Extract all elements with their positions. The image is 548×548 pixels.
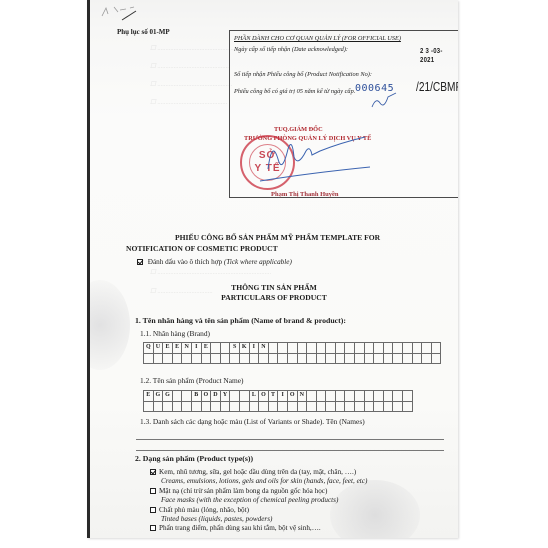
grid-cell[interactable] [220,401,230,412]
grid-cell[interactable] [364,353,374,364]
grid-cell[interactable] [307,391,317,402]
grid-cell[interactable] [355,343,365,354]
option-label-vi: Mặt nạ (chỉ trừ sản phẩm làm bong da ngu… [159,487,327,495]
validity-note: Phiếu công bố có giá trị 05 năm kể từ ng… [234,88,355,95]
tick-instruction: Đánh dấu vào ô thích hợp (Tick where app… [137,258,292,266]
tick-instruction-vi: Đánh dấu vào ô thích hợp [148,258,222,266]
grid-cell[interactable]: O [201,391,211,402]
grid-cell[interactable] [326,391,336,402]
grid-cell[interactable] [345,391,355,402]
option-label-en: Face masks (with the exception of chemic… [161,496,338,504]
brand-label: 1.1. Nhãn hàng (Brand) [140,329,210,338]
grid-cell[interactable]: I [191,343,201,354]
grid-cell[interactable] [364,343,374,354]
grid-cell[interactable] [307,401,317,412]
grid-cell[interactable] [374,343,384,354]
grid-cell[interactable]: L [249,391,259,402]
option-label-en: Tinted bases (liquids, pastes, powders) [161,515,272,523]
grid-cell[interactable] [422,353,432,364]
product-info-heading-en: PARTICULARS OF PRODUCT [90,293,458,302]
grid-cell[interactable]: E [144,391,154,402]
grid-cell[interactable] [201,401,211,412]
section1-heading: 1. Tên nhãn hàng và tên sản phẩm (Name o… [135,316,346,325]
grid-cell[interactable] [335,391,345,402]
grid-cell[interactable]: G [153,391,163,402]
checkbox-unchecked-icon[interactable] [150,507,156,513]
signer-name: Phạm Thị Thanh Huyền [271,191,339,198]
grid-cell[interactable] [326,343,336,354]
grid-cell[interactable] [431,343,441,354]
grid-cell[interactable] [144,353,154,364]
appendix-label: Phụ lục số 01-MP [117,28,170,36]
notification-number-label: Số tiếp nhận Phiếu công bố (Product Noti… [234,71,372,78]
grid-cell[interactable] [249,401,259,412]
brand-grid-row [144,353,441,364]
grid-cell[interactable] [163,401,173,412]
grid-cell[interactable]: G [163,391,173,402]
grid-cell[interactable] [239,401,249,412]
grid-cell[interactable] [403,343,413,354]
grid-cell[interactable]: E [172,343,182,354]
grid-cell[interactable]: D [211,391,221,402]
checkbox-checked-icon[interactable] [150,469,156,475]
grid-cell[interactable]: Q [144,343,154,354]
grid-cell[interactable]: U [153,343,163,354]
initials-signature-icon [370,91,400,111]
notification-number-suffix: /21/CBMP- [416,79,458,94]
grid-cell[interactable] [364,391,374,402]
document-page: ☐ ......................................… [87,0,458,538]
option-label-vi: Chất phủ màu (lỏng, nhão, bột) [159,506,249,514]
grid-cell[interactable]: I [249,343,259,354]
grid-cell[interactable] [316,343,326,354]
grid-cell[interactable] [335,353,345,364]
signature-icon [250,129,380,189]
grid-cell[interactable] [278,343,288,354]
grid-cell[interactable] [287,401,297,412]
grid-cell[interactable] [220,343,230,354]
grid-cell[interactable] [297,353,307,364]
product-name-label: 1.2. Tên sản phẩm (Product Name) [140,376,244,385]
grid-cell[interactable] [191,353,201,364]
grid-cell[interactable] [259,353,269,364]
grid-cell[interactable]: S [230,343,240,354]
grid-cell[interactable] [172,353,182,364]
grid-cell[interactable] [230,353,240,364]
grid-cell[interactable] [268,353,278,364]
grid-cell[interactable] [383,343,393,354]
tick-instruction-en: (Tick where applicable) [224,258,292,266]
grid-cell[interactable] [412,353,422,364]
grid-cell[interactable] [393,343,403,354]
grid-cell[interactable]: B [191,391,201,402]
grid-cell[interactable] [230,401,240,412]
variants-line-1[interactable] [136,439,444,440]
variants-label: 1.3. Danh sách các dạng hoặc màu (List o… [140,417,365,426]
grid-cell[interactable] [374,391,384,402]
document-title-line1: PHIẾU CÔNG BỐ SẢN PHẨM MỸ PHẨM TEMPLATE … [175,233,380,242]
grid-cell[interactable] [307,343,317,354]
grid-cell[interactable] [412,343,422,354]
grid-cell[interactable] [182,401,192,412]
bleed-through-text: ☐ ......................................… [150,44,240,53]
grid-cell[interactable] [345,401,355,412]
option-label-en: Creams, emulsions, lotions, gels and oil… [161,477,367,485]
grid-cell[interactable] [211,353,221,364]
checkbox-unchecked-icon[interactable] [150,488,156,494]
grid-cell[interactable] [153,353,163,364]
grid-cell[interactable] [239,391,249,402]
brand-grid-row: QUEENIESKIN [144,343,441,354]
grid-cell[interactable] [364,401,374,412]
product-grid-row: EGGBODYLOTION [144,391,413,402]
grid-cell[interactable]: N [259,343,269,354]
grid-cell[interactable] [403,391,413,402]
checkbox-unchecked-icon[interactable] [150,525,156,531]
product-type-option-2[interactable]: Mặt nạ (chỉ trừ sản phẩm làm bong da ngu… [150,487,327,495]
grid-cell[interactable] [278,401,288,412]
grid-cell[interactable] [393,353,403,364]
grid-cell[interactable] [316,401,326,412]
grid-cell[interactable] [316,353,326,364]
official-use-title: PHẦN DÀNH CHO CƠ QUAN QUẢN LÝ (FOR OFFIC… [234,35,401,42]
option-label-vi: Phấn trang điểm, phấn dùng sau khi tắm, … [159,524,321,532]
grid-cell[interactable] [153,401,163,412]
grid-cell[interactable] [355,391,365,402]
grid-cell[interactable] [239,353,249,364]
grid-cell[interactable] [182,391,192,402]
grid-cell[interactable]: E [163,343,173,354]
grid-cell[interactable] [278,353,288,364]
grid-cell[interactable] [422,343,432,354]
grid-cell[interactable] [403,401,413,412]
grid-cell[interactable] [163,353,173,364]
checkbox-checked-icon [137,259,143,265]
grid-cell[interactable] [355,353,365,364]
grid-cell[interactable] [268,401,278,412]
grid-cell[interactable] [326,401,336,412]
pen-scribble-icon [100,4,150,24]
variants-line-2[interactable] [136,450,444,451]
grid-cell[interactable] [326,353,336,364]
product-type-option-1[interactable]: Kem, nhũ tương, sữa, gel hoặc dầu dùng t… [150,468,356,476]
product-type-option-3[interactable]: Chất phủ màu (lỏng, nhão, bột) [150,506,249,514]
grid-cell[interactable] [383,353,393,364]
grid-cell[interactable] [211,343,221,354]
grid-cell[interactable] [431,353,441,364]
grid-cell[interactable] [287,343,297,354]
grid-cell[interactable] [297,401,307,412]
grid-cell[interactable] [345,343,355,354]
grid-cell[interactable] [268,343,278,354]
grid-cell[interactable] [307,353,317,364]
grid-cell[interactable]: Y [220,391,230,402]
grid-cell[interactable] [393,401,403,412]
grid-cell[interactable]: I [278,391,288,402]
document-title-line2: NOTIFICATION OF COSMETIC PRODUCT [126,244,278,253]
date-acknowledged-label: Ngày cấp số tiếp nhận (Date acknowledged… [234,46,348,53]
bleed-through-text: ☐ ......................................… [150,80,232,89]
grid-cell[interactable] [374,353,384,364]
grid-cell[interactable] [220,353,230,364]
bleed-through-text: ☐ ......................................… [150,62,229,71]
grid-cell[interactable] [335,343,345,354]
grid-cell[interactable]: E [201,343,211,354]
grid-cell[interactable] [191,401,201,412]
grid-cell[interactable] [335,401,345,412]
official-use-box: PHẦN DÀNH CHO CƠ QUAN QUẢN LÝ (FOR OFFIC… [229,30,458,198]
grid-cell[interactable] [383,401,393,412]
grid-cell[interactable] [201,353,211,364]
grid-cell[interactable] [249,353,259,364]
grid-cell[interactable]: T [268,391,278,402]
grid-cell[interactable]: O [259,391,269,402]
grid-cell[interactable] [211,401,221,412]
grid-cell[interactable] [230,391,240,402]
grid-cell[interactable] [374,401,384,412]
grid-cell[interactable]: O [287,391,297,402]
product-type-option-4[interactable]: Phấn trang điểm, phấn dùng sau khi tắm, … [150,524,321,532]
grid-cell[interactable] [297,343,307,354]
section2-heading: 2. Dạng sản phẩm (Product type(s)) [135,454,253,463]
product-name-grid[interactable]: EGGBODYLOTION [143,390,413,412]
grid-cell[interactable]: K [239,343,249,354]
grid-cell[interactable] [383,391,393,402]
grid-cell[interactable] [259,401,269,412]
brand-grid[interactable]: QUEENIESKIN [143,342,441,364]
grid-cell[interactable] [172,391,182,402]
date-acknowledged-value: 2 3 -03- 2021 [420,46,451,64]
grid-cell[interactable] [403,353,413,364]
bleed-through-text: ☐ ......................................… [150,268,271,277]
grid-cell[interactable]: N [297,391,307,402]
grid-cell[interactable] [287,353,297,364]
bleed-through-text: ☐ ......................................… [150,98,227,107]
grid-cell[interactable] [144,401,154,412]
grid-cell[interactable]: N [182,343,192,354]
scan-shadow [330,480,420,538]
product-info-heading-vi: THÔNG TIN SẢN PHẨM [90,283,458,292]
option-label-vi: Kem, nhũ tương, sữa, gel hoặc dầu dùng t… [159,468,356,476]
grid-cell[interactable] [172,401,182,412]
product-grid-row [144,401,413,412]
grid-cell[interactable] [393,391,403,402]
grid-cell[interactable] [182,353,192,364]
grid-cell[interactable] [355,401,365,412]
grid-cell[interactable] [316,391,326,402]
grid-cell[interactable] [345,353,355,364]
